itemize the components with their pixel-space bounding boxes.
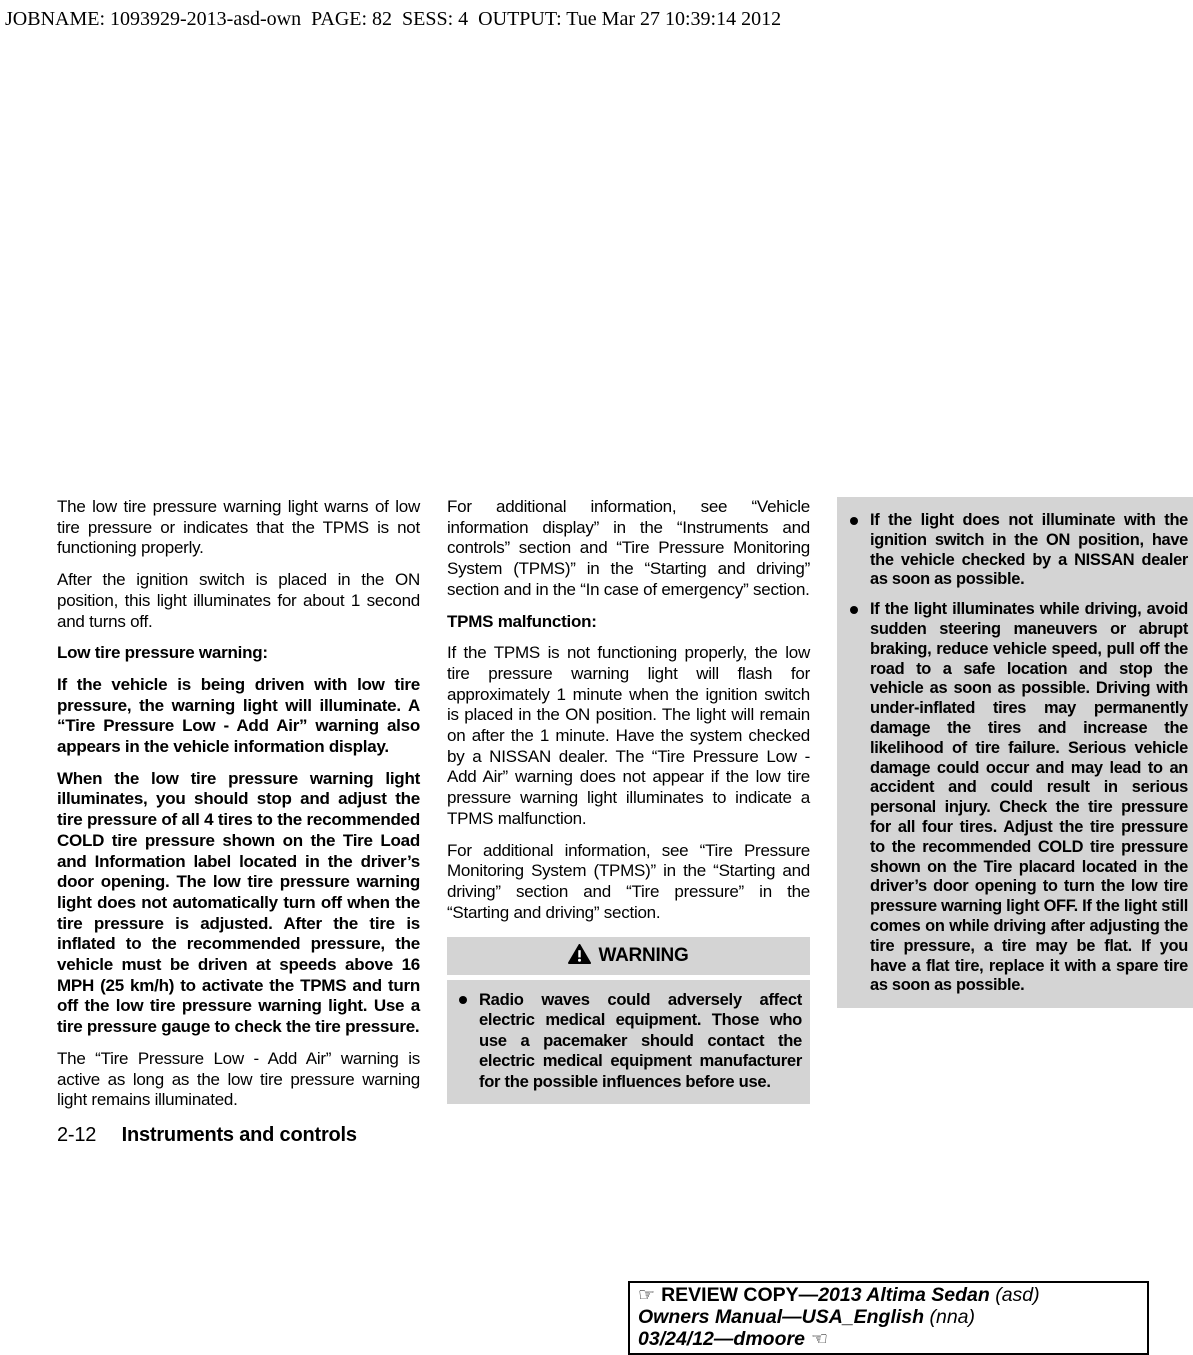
caution-bullet-item: If the light does not illuminate with th… [846, 511, 1188, 590]
bullet-icon [850, 517, 858, 525]
caution-bullet-text-1: If the light does not illuminate with th… [870, 511, 1188, 590]
column-1: The low tire pressure warning light warn… [57, 497, 420, 1122]
review-copy-box: ☞ REVIEW COPY—2013 Altima Sedan (asd) Ow… [628, 1281, 1149, 1355]
bullet-icon [459, 996, 467, 1004]
print-job-header: JOBNAME: 1093929-2013-asd-own PAGE: 82 S… [5, 8, 781, 31]
review-date-author: 03/24/12—dmoore [638, 1328, 805, 1350]
paragraph-adjust-pressure: When the low tire pressure warning light… [57, 769, 420, 1038]
manual-name: Owners Manual—USA_English [638, 1306, 924, 1328]
paragraph-additional-info-2: For additional information, see “Tire Pr… [447, 841, 810, 924]
review-line-1: ☞ REVIEW COPY—2013 Altima Sedan (asd) [638, 1284, 1141, 1306]
caution-bullet-item: If the light illuminates while driving, … [846, 600, 1188, 996]
hand-pointing-left-icon: ☜ [805, 1328, 828, 1350]
review-line-3: 03/24/12—dmoore ☜ [638, 1328, 1141, 1350]
vehicle-model: 2013 Altima Sedan [818, 1284, 990, 1306]
review-code-asd: (asd) [990, 1284, 1040, 1306]
warning-box-body: Radio waves could adversely affect elect… [447, 980, 810, 1104]
paragraph-ignition-behavior: After the ignition switch is placed in t… [57, 570, 420, 632]
warning-bullet-text: Radio waves could adversely affect elect… [479, 990, 802, 1092]
paragraph-malfunction-detail: If the TPMS is not functioning properly,… [447, 643, 810, 829]
column-2: For additional information, see “Vehicle… [447, 497, 810, 1104]
paragraph-additional-info-1: For additional information, see “Vehicle… [447, 497, 810, 601]
page-footer: 2-12 Instruments and controls [57, 1124, 357, 1147]
heading-low-tire-pressure-warning: Low tire pressure warning: [57, 643, 420, 664]
warning-triangle-icon [568, 944, 591, 970]
paragraph-tpms-intro: The low tire pressure warning light warn… [57, 497, 420, 559]
review-code-nna: (nna) [924, 1306, 975, 1328]
heading-tpms-malfunction: TPMS malfunction: [447, 612, 810, 633]
caution-panel: If the light does not illuminate with th… [837, 497, 1193, 1008]
review-copy-label: REVIEW COPY— [661, 1284, 818, 1306]
warning-box-title: WARNING [598, 946, 688, 967]
paragraph-low-pressure-illuminate: If the vehicle is being driven with low … [57, 675, 420, 758]
page-number: 2-12 [57, 1124, 96, 1146]
hand-pointing-right-icon: ☞ [638, 1284, 661, 1306]
bullet-icon [850, 606, 858, 614]
caution-bullet-text-2: If the light illuminates while driving, … [870, 600, 1188, 996]
review-line-2: Owners Manual—USA_English (nna) [638, 1306, 1141, 1328]
warning-bullet-item: Radio waves could adversely affect elect… [455, 990, 802, 1092]
paragraph-warning-active: The “Tire Pressure Low - Add Air” warnin… [57, 1049, 420, 1111]
warning-box-header: WARNING [447, 937, 810, 975]
section-title: Instruments and controls [122, 1124, 357, 1146]
